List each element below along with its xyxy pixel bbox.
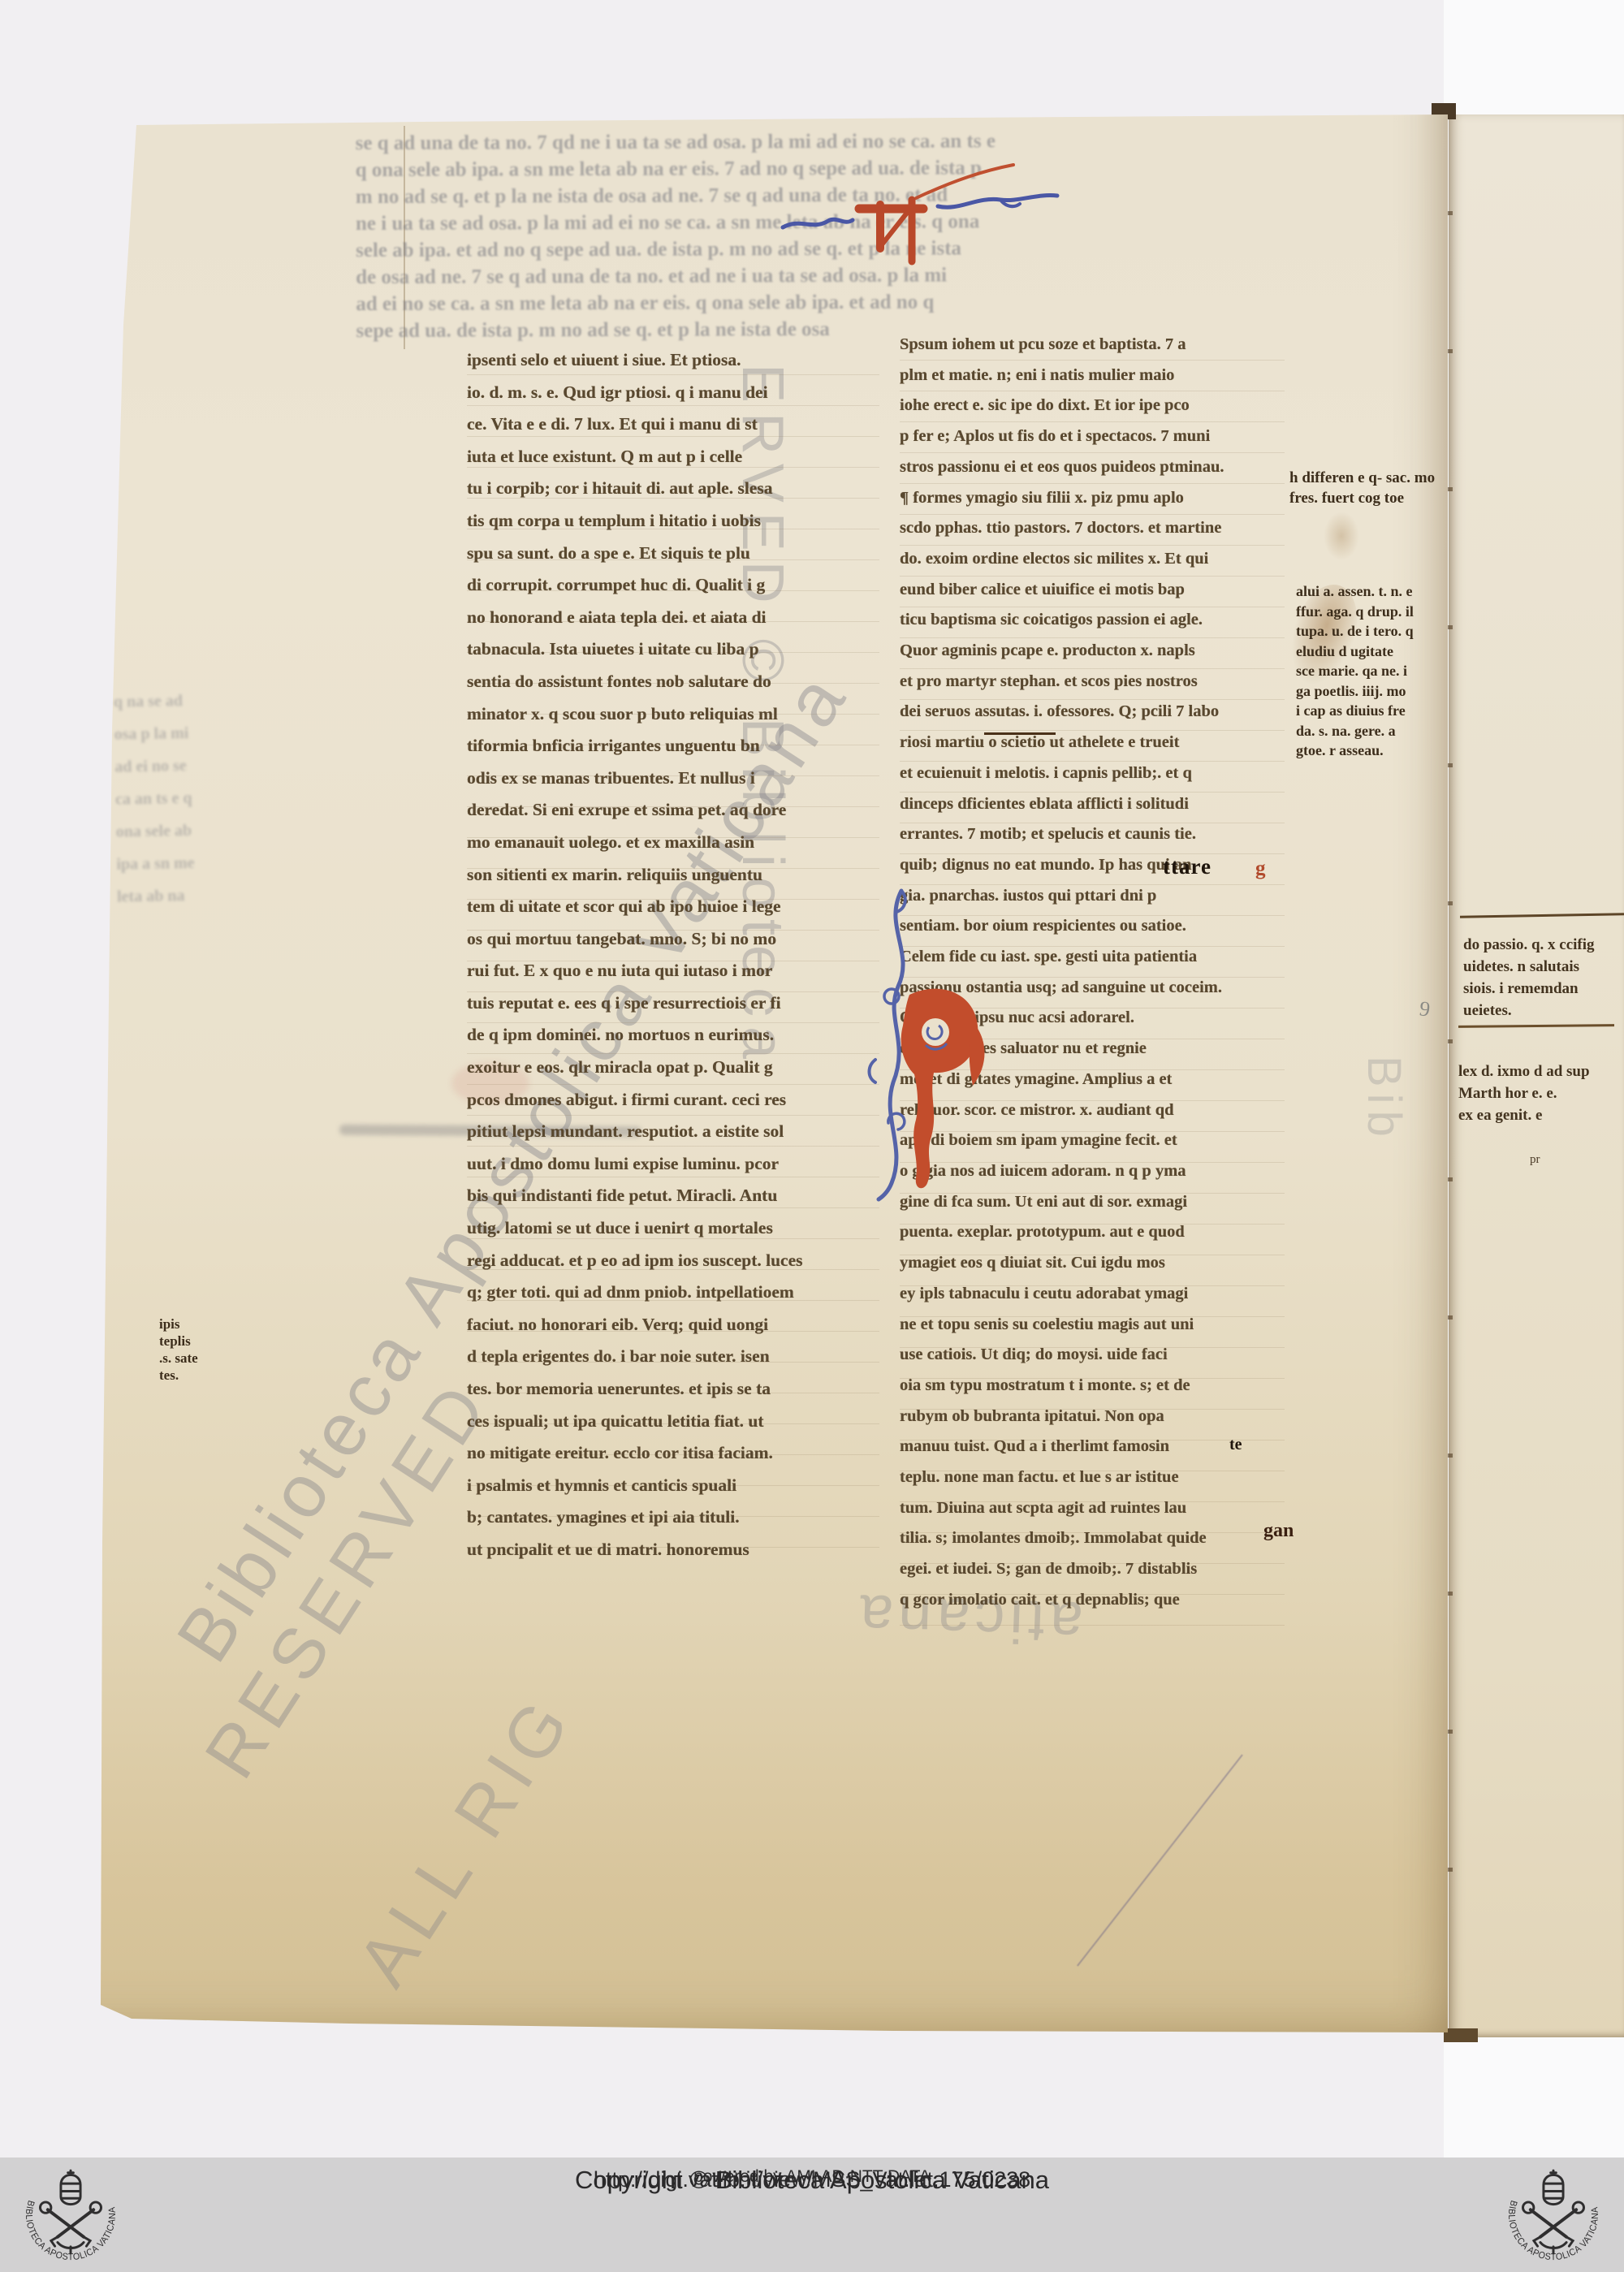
footer-powered-by: powered by AMLAD·NTT DATA [693,2165,931,2189]
tiny-margin-mark: pr [1530,1153,1540,1167]
margin-note-right-lower: alui a. assen. t. n. e ffur. aga. q drup… [1296,581,1442,761]
facing-page-note-upper: do passio. q. x ccifig uidetes. n saluta… [1463,934,1622,1022]
ink-correction-small: te [1229,1436,1242,1454]
word-underline [984,732,1056,735]
margin-note-right-upper: h differen e q- sac. mo fres. fuert cog … [1289,468,1440,508]
gutter-specks [1448,211,1453,1916]
svg-text:BIBLIOTECA APOSTOLICA VATICANA: BIBLIOTECA APOSTOLICA VATICANA [24,2199,118,2262]
facing-page-note-lower: lex d. ixmo d ad sup Marth hor e. e. ex … [1458,1060,1621,1126]
ink-correction-margin: gan [1263,1520,1294,1542]
vatican-library-seal-left: BIBLIOTECA APOSTOLICA VATICANA [15,2161,127,2270]
decorated-initial-letter [851,881,1001,1210]
text-column-left: ipsenti selo et uiuent i siue. Et ptiosa… [467,344,879,1574]
binding-notch-bottom [1444,2028,1478,2042]
seal-text-right: BIBLIOTECA APOSTOLICA VATICANA [1506,2199,1600,2262]
manuscript-scan-page: se q ad una de ta no. 7 qd ne i ua ta se… [0,0,1624,2272]
ink-stain-small [1324,512,1359,560]
seal-text-left: BIBLIOTECA APOSTOLICA VATICANA [24,2199,118,2262]
rubric-paraph-mark [771,162,1121,272]
bleedthrough-text-left-margin: q na se ad osa p la mi ad ei no se ca an… [114,681,361,913]
vatican-library-seal-right: BIBLIOTECA APOSTOLICA VATICANA [1497,2161,1609,2270]
watermark-right-fragment: Bib [1357,1056,1411,1143]
ink-correction-overwrite: ttare [1163,854,1212,879]
red-margin-letter: g [1255,857,1266,880]
margin-note-left: ipis teplis .s. sate tes. [159,1315,232,1384]
svg-text:BIBLIOTECA APOSTOLICA VATICANA: BIBLIOTECA APOSTOLICA VATICANA [1506,2199,1600,2262]
